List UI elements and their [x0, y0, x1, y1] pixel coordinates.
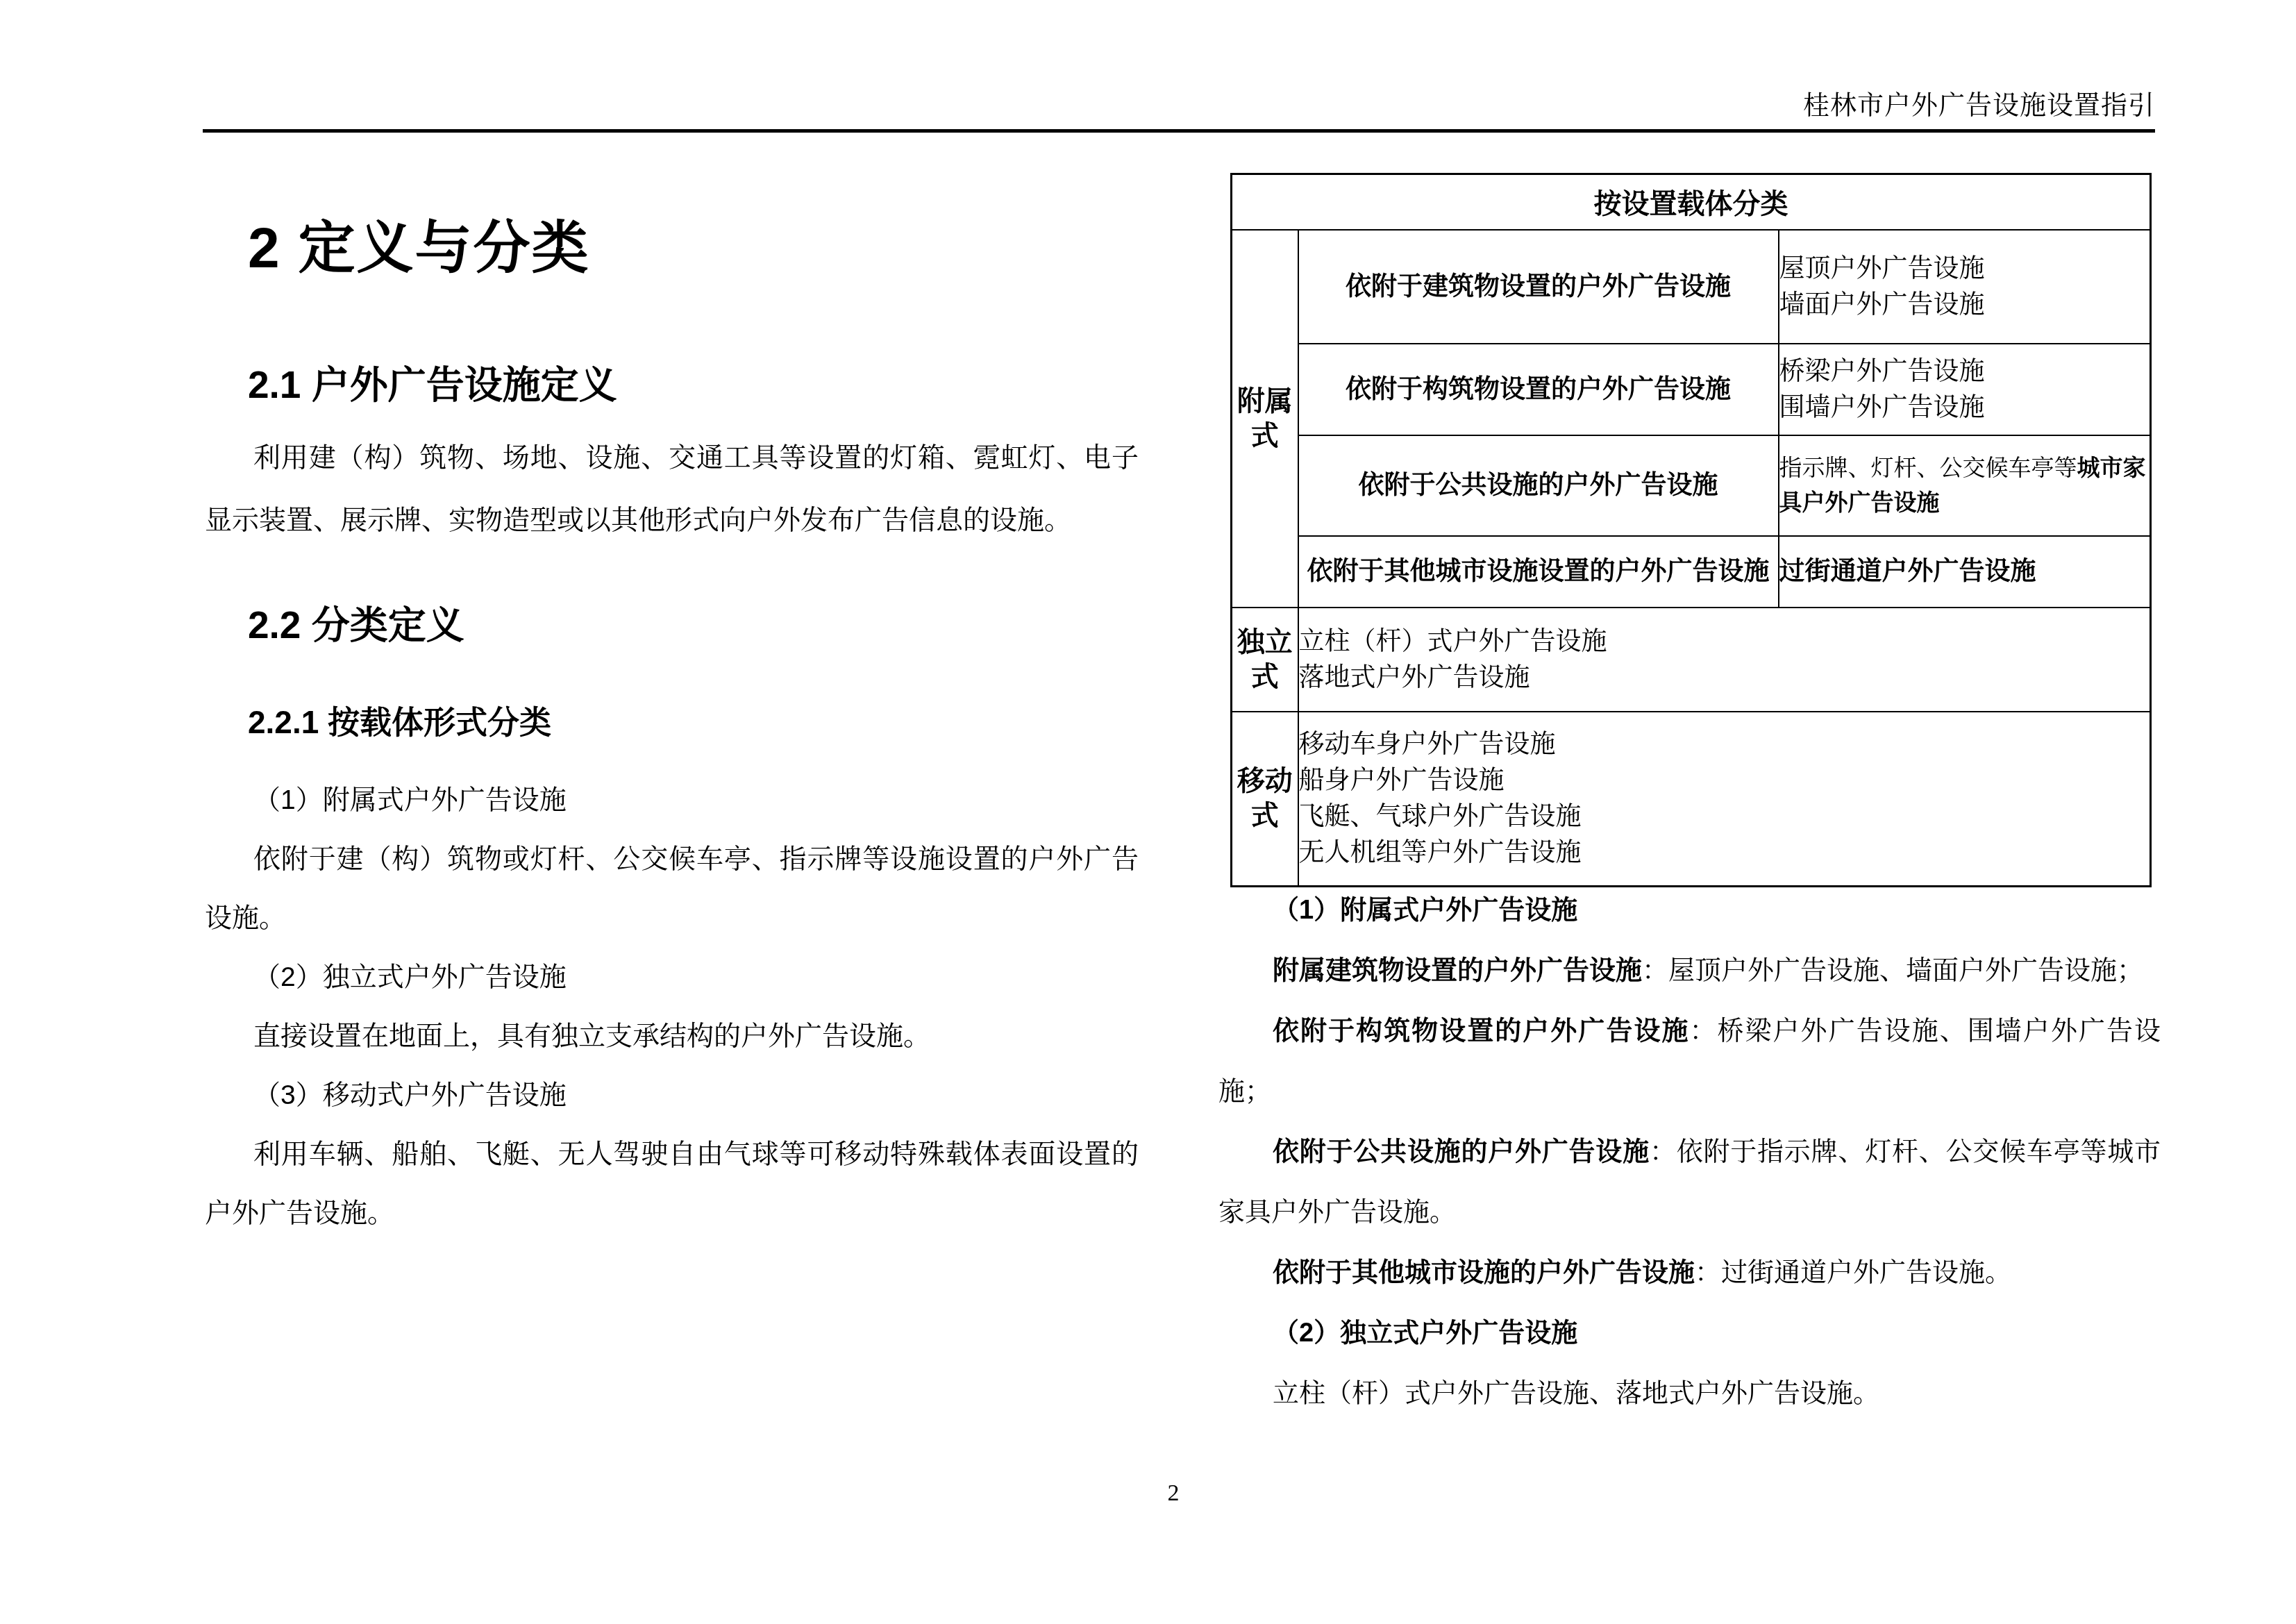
item-line: 船身户外广告设施	[1299, 762, 2150, 798]
section-2-1-paragraph-block: 利用建（构）筑物、场地、设施、交通工具等设置的灯箱、霓虹灯、电子显示装置、展示牌…	[205, 427, 1139, 552]
table-cell-type: 依附于建筑物设置的户外广告设施	[1298, 230, 1779, 344]
paragraph-lead: 依附于构筑物设置的户外广告设施	[1273, 1016, 1689, 1046]
table-row: 依附于其他城市设施设置的户外广告设施 过街通道户外广告设施	[1232, 536, 2151, 608]
section-heading-2-1: 2.1 户外广告设施定义	[248, 354, 617, 409]
table-title: 按设置载体分类	[1232, 174, 2151, 230]
example-line: 屋顶户外广告设施	[1779, 251, 2150, 287]
classification-detail-text: （1）附属式户外广告设施 附属建筑物设置的户外广告设施：屋顶户外广告设施、墙面户…	[1218, 880, 2161, 1424]
section-heading-2-2: 2.2 分类定义	[248, 594, 464, 649]
page-number: 2	[1146, 1480, 1201, 1507]
paragraph-text: （2）独立式户外广告设施	[1273, 1319, 1577, 1348]
paragraph-rest: ：屋顶户外广告设施、墙面户外广告设施；	[1642, 956, 2143, 985]
table-row: 按设置载体分类	[1232, 174, 2151, 230]
detail-paragraph: 依附于其他城市设施的户外广告设施：过街通道户外广告设施。	[1218, 1243, 2161, 1303]
paragraph-rest: ：过街通道户外广告设施。	[1695, 1258, 2011, 1287]
category-label-attached: 附属式	[1232, 230, 1298, 608]
example-text: 指示牌、灯杆、公交候车亭等	[1779, 455, 2077, 480]
item-line: 立柱（杆）式户外广告设施	[1299, 623, 2150, 660]
item-line: 移动车身户外广告设施	[1299, 726, 2150, 762]
table-cell-type: 依附于公共设施的户外广告设施	[1298, 435, 1779, 536]
header-rule	[203, 129, 2155, 133]
section-heading-2-2-1: 2.2.1 按载体形式分类	[248, 697, 551, 743]
table-row: 移动式 移动车身户外广告设施 船身户外广告设施 飞艇、气球户外广告设施 无人机组…	[1232, 712, 2151, 887]
table-cell-type: 依附于构筑物设置的户外广告设施	[1298, 344, 1779, 435]
detail-paragraph: （2）独立式户外广告设施	[1218, 1303, 2161, 1364]
list-item-label: （1）附属式户外广告设施	[205, 771, 1139, 830]
classification-list: （1）附属式户外广告设施 依附于建（构）筑物或灯杆、公交候车亭、指示牌等设施设置…	[205, 771, 1139, 1243]
detail-paragraph: （1）附属式户外广告设施	[1218, 880, 2161, 941]
example-line: 墙面户外广告设施	[1779, 287, 2150, 323]
chapter-heading: 2 定义与分类	[248, 203, 589, 284]
paragraph-lead: 附属建筑物设置的户外广告设施	[1273, 956, 1642, 985]
list-item-desc: 直接设置在地面上，具有独立支承结构的户外广告设施。	[205, 1007, 1139, 1066]
list-item-label: （2）独立式户外广告设施	[205, 948, 1139, 1007]
table-cell-items: 移动车身户外广告设施 船身户外广告设施 飞艇、气球户外广告设施 无人机组等户外广…	[1298, 712, 2151, 887]
table-cell-examples: 指示牌、灯杆、公交候车亭等城市家具户外广告设施	[1779, 435, 2151, 536]
item-line: 无人机组等户外广告设施	[1299, 835, 2150, 871]
paragraph-text: 立柱（杆）式户外广告设施、落地式户外广告设施。	[1273, 1379, 1879, 1408]
definition-paragraph: 利用建（构）筑物、场地、设施、交通工具等设置的灯箱、霓虹灯、电子显示装置、展示牌…	[205, 427, 1139, 552]
detail-paragraph: 依附于构筑物设置的户外广告设施：桥梁户外广告设施、围墙户外广告设施；	[1218, 1001, 2161, 1122]
table-cell-examples: 屋顶户外广告设施 墙面户外广告设施	[1779, 230, 2151, 344]
table-row: 依附于构筑物设置的户外广告设施 桥梁户外广告设施 围墙户外广告设施	[1232, 344, 2151, 435]
paragraph-lead: 依附于其他城市设施的户外广告设施	[1273, 1258, 1695, 1287]
table-row: 依附于公共设施的户外广告设施 指示牌、灯杆、公交候车亭等城市家具户外广告设施	[1232, 435, 2151, 536]
detail-paragraph: 附属建筑物设置的户外广告设施：屋顶户外广告设施、墙面户外广告设施；	[1218, 941, 2161, 1001]
table-row: 独立式 立柱（杆）式户外广告设施 落地式户外广告设施	[1232, 608, 2151, 712]
detail-paragraph: 立柱（杆）式户外广告设施、落地式户外广告设施。	[1218, 1364, 2161, 1424]
example-line: 桥梁户外广告设施	[1779, 353, 2150, 390]
table-cell-examples: 过街通道户外广告设施	[1779, 536, 2151, 608]
table-cell-examples: 桥梁户外广告设施 围墙户外广告设施	[1779, 344, 2151, 435]
list-item-label: （3）移动式户外广告设施	[205, 1066, 1139, 1125]
table-cell-type: 依附于其他城市设施设置的户外广告设施	[1298, 536, 1779, 608]
paragraph-text: （1）附属式户外广告设施	[1273, 896, 1577, 925]
category-label-standalone: 独立式	[1232, 608, 1298, 712]
list-item-desc: 利用车辆、船舶、飞艇、无人驾驶自由气球等可移动特殊载体表面设置的户外广告设施。	[205, 1125, 1139, 1243]
document-page: 桂林市户外广告设施设置指引 2 定义与分类 2.1 户外广告设施定义 利用建（构…	[0, 0, 2296, 1624]
detail-paragraph: 依附于公共设施的户外广告设施：依附于指示牌、灯杆、公交候车亭等城市家具户外广告设…	[1218, 1122, 2161, 1243]
paragraph-lead: 依附于公共设施的户外广告设施	[1273, 1137, 1650, 1166]
table-cell-items: 立柱（杆）式户外广告设施 落地式户外广告设施	[1298, 608, 2151, 712]
item-line: 落地式户外广告设施	[1299, 660, 2150, 696]
item-line: 飞艇、气球户外广告设施	[1299, 798, 2150, 835]
running-header-title: 桂林市户外广告设施设置指引	[1803, 89, 2155, 123]
list-item-desc: 依附于建（构）筑物或灯杆、公交候车亭、指示牌等设施设置的户外广告设施。	[205, 830, 1139, 948]
category-label-mobile: 移动式	[1232, 712, 1298, 887]
carrier-classification-table: 按设置载体分类 附属式 依附于建筑物设置的户外广告设施 屋顶户外广告设施 墙面户…	[1230, 173, 2152, 887]
example-line: 围墙户外广告设施	[1779, 390, 2150, 426]
table-row: 附属式 依附于建筑物设置的户外广告设施 屋顶户外广告设施 墙面户外广告设施	[1232, 230, 2151, 344]
